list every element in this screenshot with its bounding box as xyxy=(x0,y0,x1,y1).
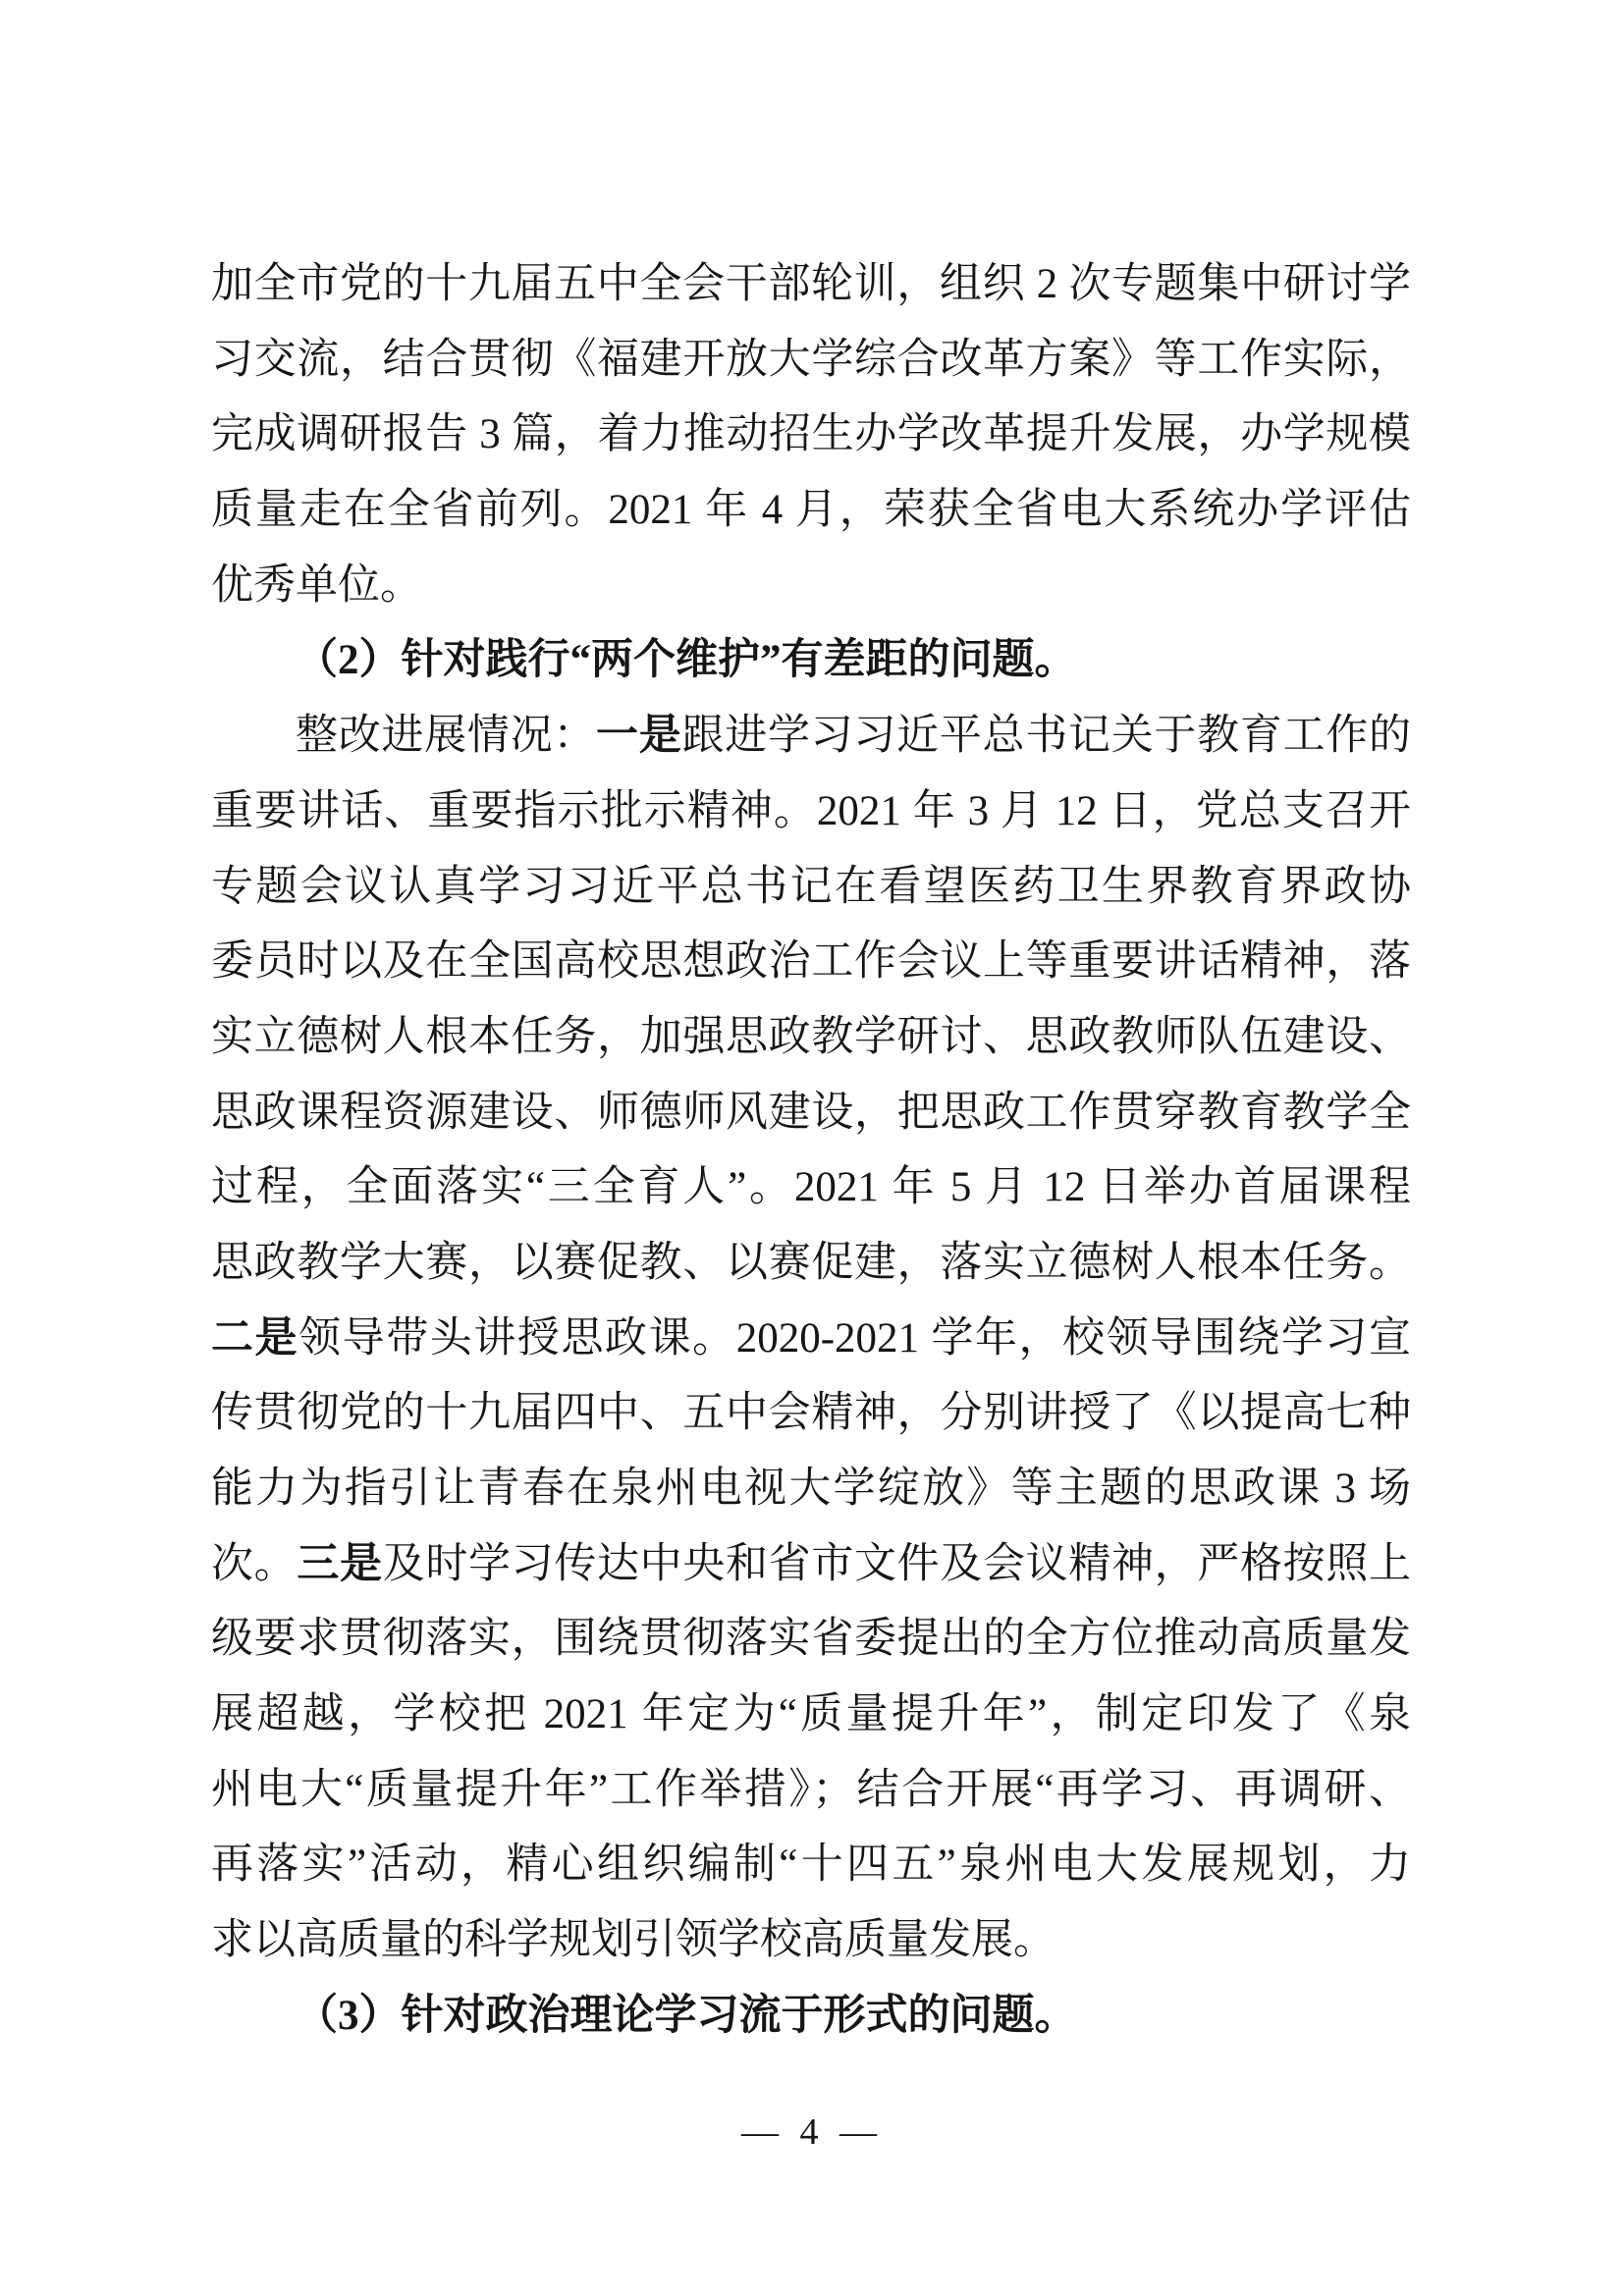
text-line: 级要求贯彻落实，围绕贯彻落实省委提出的全方位推动高质量发 xyxy=(211,1602,1411,1678)
page-number: — 4 — xyxy=(741,2111,883,2153)
text-segment: 次。 xyxy=(211,1541,297,1587)
text-line: 思政课程资源建设、师德师风建设，把思政工作贯穿教育教学全 xyxy=(211,1076,1411,1151)
text-segment: 优秀单位。 xyxy=(211,562,422,609)
text-line: 能力为指引让青春在泉州电视大学绽放》等主题的思政课 3 场 xyxy=(211,1452,1411,1527)
text-segment: 及时学习传达中央和省市文件及会议精神，严格按照上 xyxy=(383,1541,1411,1587)
heading-line: （3）针对政治理论学习流于形式的问题。 xyxy=(211,1979,1411,2055)
document-page: 加全市党的十九届五中全会干部轮训，组织 2 次专题集中研讨学习交流，结合贯彻《福… xyxy=(0,0,1624,2296)
text-segment: 州电大“质量提升年”工作举措》；结合开展“再学习、再调研、 xyxy=(211,1767,1411,1813)
text-line: 专题会议认真学习习近平总书记在看望医药卫生界教育界政协 xyxy=(211,850,1411,926)
text-line: 整改进展情况：一是跟进学习习近平总书记关于教育工作的 xyxy=(211,699,1411,774)
text-segment: 求以高质量的科学规划引领学校高质量发展。 xyxy=(211,1917,1056,1963)
heading-line: （2）针对践行“两个维护”有差距的问题。 xyxy=(211,623,1411,699)
text-segment: 思政教学大赛，以赛促教、以赛促建，落实立德树人根本任务。 xyxy=(211,1240,1411,1286)
text-segment: 实立德树人根本任务，加强思政教学研讨、思政教师队伍建设、 xyxy=(211,1014,1411,1060)
text-line: 思政教学大赛，以赛促教、以赛促建，落实立德树人根本任务。 xyxy=(211,1226,1411,1302)
text-segment: 领导带头讲授思政课。2020-2021 学年，校领导围绕学习宣 xyxy=(298,1315,1411,1362)
text-line: 传贯彻党的十九届四中、五中会精神，分别讲授了《以提高七种 xyxy=(211,1376,1411,1452)
text-line: 完成调研报告 3 篇，着力推动招生办学改革提升发展，办学规模 xyxy=(211,398,1411,473)
text-segment: 传贯彻党的十九届四中、五中会精神，分别讲授了《以提高七种 xyxy=(211,1390,1411,1436)
bold-text-segment: （2）针对践行“两个维护”有差距的问题。 xyxy=(296,637,1077,683)
text-segment: 习交流，结合贯彻《福建开放大学综合改革方案》等工作实际， xyxy=(211,337,1411,383)
page-footer: — 4 — xyxy=(0,2107,1624,2158)
bold-text-segment: 三是 xyxy=(297,1541,382,1587)
text-line: 加全市党的十九届五中全会干部轮训，组织 2 次专题集中研讨学 xyxy=(211,247,1411,323)
text-segment: 过程，全面落实“三全育人”。2021 年 5 月 12 日举办首届课程 xyxy=(211,1164,1411,1210)
text-line: 展超越，学校把 2021 年定为“质量提升年”，制定印发了《泉 xyxy=(211,1678,1411,1753)
text-line: 质量走在全省前列。2021 年 4 月，荣获全省电大系统办学评估 xyxy=(211,473,1411,549)
text-line: 过程，全面落实“三全育人”。2021 年 5 月 12 日举办首届课程 xyxy=(211,1150,1411,1226)
bold-text-segment: 二是 xyxy=(211,1315,298,1362)
text-line: 重要讲话、重要指示批示精神。2021 年 3 月 12 日，党总支召开 xyxy=(211,774,1411,850)
text-segment: 加全市党的十九届五中全会干部轮训，组织 2 次专题集中研讨学 xyxy=(211,261,1411,307)
text-segment: 完成调研报告 3 篇，着力推动招生办学改革提升发展，办学规模 xyxy=(211,411,1411,457)
bold-text-segment: （3）针对政治理论学习流于形式的问题。 xyxy=(296,1993,1077,2039)
text-line: 实立德树人根本任务，加强思政教学研讨、思政教师队伍建设、 xyxy=(211,1000,1411,1076)
document-body: 加全市党的十九届五中全会干部轮训，组织 2 次专题集中研讨学习交流，结合贯彻《福… xyxy=(211,247,1411,2055)
text-line: 求以高质量的科学规划引领学校高质量发展。 xyxy=(211,1903,1411,1979)
text-line: 优秀单位。 xyxy=(211,549,1411,624)
text-segment: 专题会议认真学习习近平总书记在看望医药卫生界教育界政协 xyxy=(211,864,1411,910)
text-segment: 跟进学习习近平总书记关于教育工作的 xyxy=(682,713,1412,759)
text-segment: 整改进展情况： xyxy=(296,713,596,759)
text-segment: 级要求贯彻落实，围绕贯彻落实省委提出的全方位推动高质量发 xyxy=(211,1616,1411,1662)
text-segment: 思政课程资源建设、师德师风建设，把思政工作贯穿教育教学全 xyxy=(211,1090,1411,1136)
text-segment: 委员时以及在全国高校思想政治工作会议上等重要讲话精神，落 xyxy=(211,938,1411,985)
text-line: 二是领导带头讲授思政课。2020-2021 学年，校领导围绕学习宣 xyxy=(211,1302,1411,1377)
bold-text-segment: 一是 xyxy=(596,713,681,759)
text-segment: 再落实”活动，精心组织编制“十四五”泉州电大发展规划，力 xyxy=(211,1842,1411,1888)
text-line: 习交流，结合贯彻《福建开放大学综合改革方案》等工作实际， xyxy=(211,323,1411,399)
text-line: 次。三是及时学习传达中央和省市文件及会议精神，严格按照上 xyxy=(211,1527,1411,1603)
text-segment: 重要讲话、重要指示批示精神。2021 年 3 月 12 日，党总支召开 xyxy=(211,788,1411,834)
text-segment: 能力为指引让青春在泉州电视大学绽放》等主题的思政课 3 场 xyxy=(211,1466,1411,1512)
text-segment: 展超越，学校把 2021 年定为“质量提升年”，制定印发了《泉 xyxy=(211,1691,1411,1737)
text-line: 州电大“质量提升年”工作举措》；结合开展“再学习、再调研、 xyxy=(211,1753,1411,1829)
text-line: 再落实”活动，精心组织编制“十四五”泉州电大发展规划，力 xyxy=(211,1828,1411,1903)
text-segment: 质量走在全省前列。2021 年 4 月，荣获全省电大系统办学评估 xyxy=(211,487,1411,533)
text-line: 委员时以及在全国高校思想政治工作会议上等重要讲话精神，落 xyxy=(211,925,1411,1000)
